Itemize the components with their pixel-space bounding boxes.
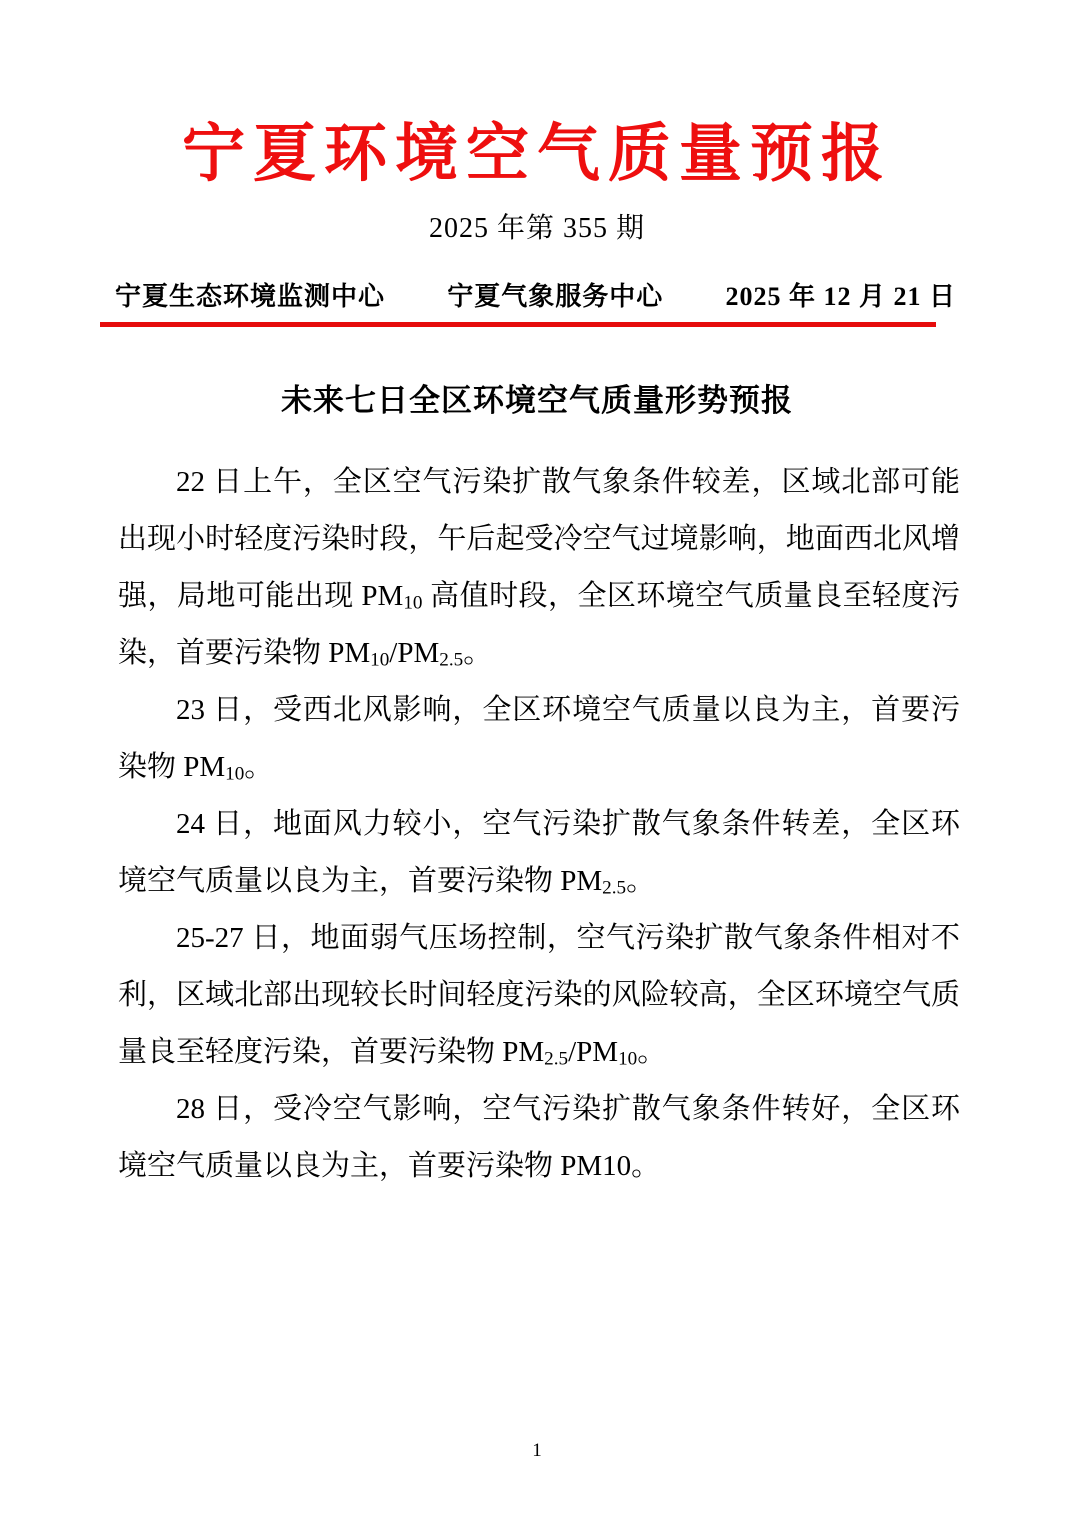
- document-page: 宁夏环境空气质量预报 2025 年第 355 期 宁夏生态环境监测中心 宁夏气象…: [0, 0, 1074, 1520]
- body-paragraph: 24 日，地面风力较小，空气污染扩散气象条件转差，全区环境空气质量以良为主，首要…: [118, 796, 960, 910]
- masthead-line: 宁夏生态环境监测中心 宁夏气象服务中心 2025 年 12 月 21 日: [115, 276, 956, 313]
- page-number: 1: [0, 1440, 1074, 1462]
- body-paragraph: 25-27 日，地面弱气压场控制，空气污染扩散气象条件相对不利，区域北部出现较长…: [118, 910, 960, 1081]
- body-paragraph: 23 日，受西北风影响，全区环境空气质量以良为主，首要污染物 PM10。: [118, 682, 960, 796]
- document-title: 宁夏环境空气质量预报: [0, 0, 1074, 190]
- body-paragraph: 22 日上午，全区空气污染扩散气象条件较差，区域北部可能出现小时轻度污染时段，午…: [118, 454, 960, 682]
- body-paragraph: 28 日，受冷空气影响，空气污染扩散气象条件转好，全区环境空气质量以良为主，首要…: [118, 1081, 960, 1195]
- issue-number: 2025 年第 355 期: [0, 206, 1074, 246]
- issue-date: 2025 年 12 月 21 日: [725, 276, 956, 313]
- red-divider-rule: [100, 322, 936, 327]
- org-monitoring-center: 宁夏生态环境监测中心: [115, 276, 385, 313]
- forecast-body: 22 日上午，全区空气污染扩散气象条件较差，区域北部可能出现小时轻度污染时段，午…: [118, 454, 960, 1195]
- org-weather-service-center: 宁夏气象服务中心: [447, 276, 663, 313]
- section-heading: 未来七日全区环境空气质量形势预报: [60, 375, 1014, 420]
